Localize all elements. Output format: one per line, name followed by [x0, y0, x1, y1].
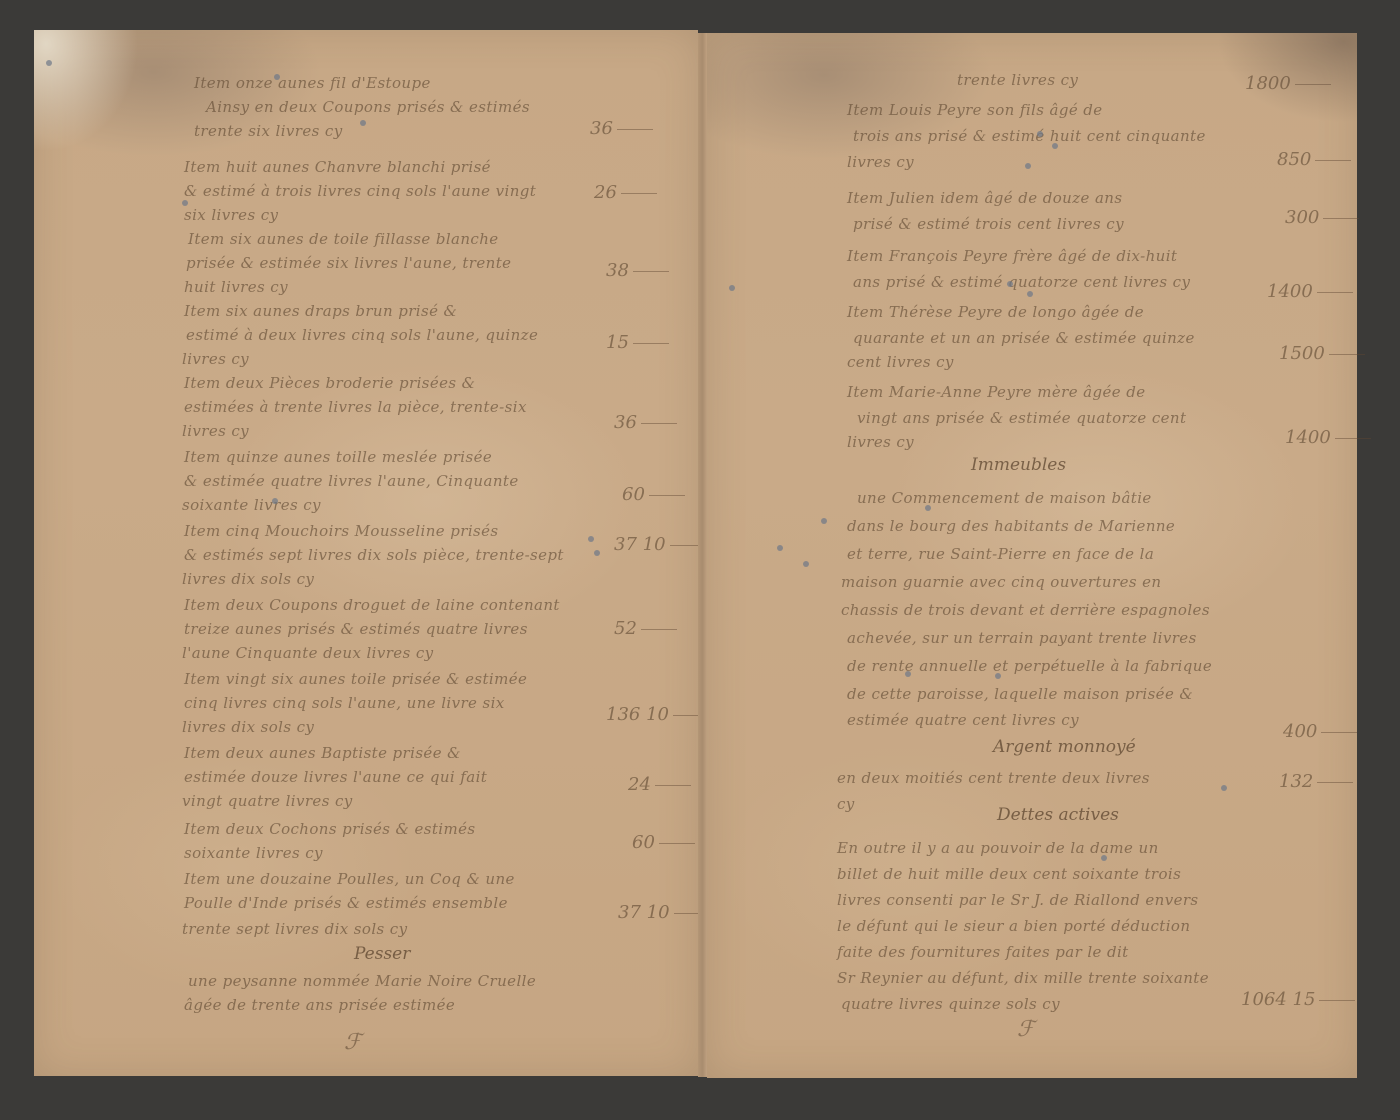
immeubles-line-9: estimée quatre cent livres cy	[847, 711, 1079, 729]
left-amount-12: 37 10	[618, 902, 710, 923]
right-line-11: cent livres cy	[847, 353, 954, 371]
left-line-1: Item onze aunes fil d'Estoupe	[194, 74, 431, 92]
left-line-7: Item six aunes de toile fillasse blanche	[188, 230, 499, 248]
left-amount-9: 136 10	[606, 704, 709, 725]
left-line-17: & estimée quatre livres l'aune, Cinquant…	[184, 472, 519, 490]
left-amount-2: 26	[594, 182, 657, 203]
dettes-line-4: le défunt qui le sieur a bien porté dédu…	[837, 917, 1190, 935]
left-line-31: Item deux Cochons prisés & estimés	[184, 820, 475, 838]
right-amount-1: 1800	[1245, 73, 1331, 94]
left-amount-10: 24	[628, 774, 691, 795]
dettes-line-1: En outre il y a au pouvoir de la dame un	[837, 839, 1159, 857]
right-amount-5: 1500	[1279, 343, 1365, 364]
left-line-14: estimées à trente livres la pièce, trent…	[184, 398, 527, 416]
left-amount-8: 52	[614, 618, 677, 639]
right-amount-3: 300	[1285, 207, 1359, 228]
ink-spot	[905, 671, 911, 677]
dettes-line-2: billet de huit mille deux cent soixante …	[837, 865, 1181, 883]
left-line-3: trente six livres cy	[194, 122, 343, 140]
left-amount-3: 38	[606, 260, 669, 281]
left-line-19: Item cinq Mouchoirs Mousseline prisés	[184, 522, 499, 540]
right-line-10: quarante et un an prisée & estimée quinz…	[853, 329, 1195, 347]
right-page: trente livres cy Item Louis Peyre son fi…	[707, 33, 1357, 1078]
left-line-15: livres cy	[182, 422, 249, 440]
ink-spot	[1007, 281, 1013, 287]
left-line-20: & estimés sept livres dix sols pièce, tr…	[184, 546, 564, 564]
left-section-heading: Pesser	[354, 944, 410, 964]
right-line-7: Item François Peyre frère âgé de dix-hui…	[847, 247, 1177, 265]
ink-spot	[995, 673, 1001, 679]
immeubles-line-5: chassis de trois devant et derrière espa…	[841, 601, 1210, 619]
left-line-6: six livres cy	[184, 206, 278, 224]
ink-spot	[1221, 785, 1227, 791]
right-line-14: livres cy	[847, 433, 914, 451]
right-amount-6: 1400	[1285, 427, 1371, 448]
left-line-35: trente sept livres dix sols cy	[182, 920, 407, 938]
dettes-amount: 1064 15	[1241, 989, 1355, 1010]
left-line-11: estimé à deux livres cinq sols l'aune, q…	[186, 326, 538, 344]
ink-spot	[182, 200, 188, 206]
ink-spot	[803, 561, 809, 567]
argent-line-2: cy	[837, 795, 855, 813]
left-amount-6: 60	[622, 484, 685, 505]
left-line-9: huit livres cy	[184, 278, 288, 296]
left-line-2: Ainsy en deux Coupons prisés & estimés	[206, 98, 530, 116]
right-line-4: livres cy	[847, 153, 914, 171]
book-spine-gutter	[698, 33, 707, 1077]
ink-spot	[1025, 163, 1031, 169]
left-line-29: estimée douze livres l'aune ce qui fait	[184, 768, 487, 786]
left-line-21: livres dix sols cy	[182, 570, 314, 588]
ink-spot	[1027, 291, 1033, 297]
left-line-5: & estimé à trois livres cinq sols l'aune…	[184, 182, 536, 200]
left-line-8: prisée & estimée six livres l'aune, tren…	[186, 254, 511, 272]
right-line-8: ans prisé & estimé quatorze cent livres …	[853, 273, 1190, 291]
right-line-2: Item Louis Peyre son fils âgé de	[847, 101, 1103, 119]
left-line-34: Poulle d'Inde prisés & estimés ensemble	[184, 894, 508, 912]
left-line-18: soixante livres cy	[182, 496, 321, 514]
dettes-line-7: quatre livres quinze sols cy	[841, 995, 1060, 1013]
immeubles-line-1: une Commencement de maison bâtie	[857, 489, 1152, 507]
immeubles-line-4: maison guarnie avec cinq ouvertures en	[841, 573, 1161, 591]
dettes-line-6: Sr Reynier au défunt, dix mille trente s…	[837, 969, 1209, 987]
right-line-6: prisé & estimé trois cent livres cy	[853, 215, 1124, 233]
dettes-line-3: livres consenti par le Sr J. de Riallond…	[837, 891, 1199, 909]
immeubles-line-6: achevée, sur un terrain payant trente li…	[847, 629, 1197, 647]
left-closing-line-1: une peysanne nommée Marie Noire Cruelle	[188, 972, 536, 990]
heading-argent-monnoye: Argent monnoyé	[993, 737, 1136, 757]
heading-immeubles: Immeubles	[971, 455, 1066, 475]
argent-line-1: en deux moitiés cent trente deux livres	[837, 769, 1150, 787]
left-line-22: Item deux Coupons droguet de laine conte…	[184, 596, 560, 614]
left-line-32: soixante livres cy	[184, 844, 323, 862]
right-line-13: vingt ans prisée & estimée quatorze cent	[857, 409, 1186, 427]
right-line-9: Item Thérèse Peyre de longo âgée de	[847, 303, 1144, 321]
ink-spot	[925, 505, 931, 511]
ink-spot	[729, 285, 735, 291]
right-line-3: trois ans prisé & estimé huit cent cinqu…	[853, 127, 1206, 145]
immeubles-line-2: dans le bourg des habitants de Marienne	[847, 517, 1175, 535]
left-line-10: Item six aunes draps brun prisé &	[184, 302, 457, 320]
ink-spot	[594, 550, 600, 556]
ink-spot	[1101, 855, 1107, 861]
ink-spot	[46, 60, 52, 66]
left-line-12: livres cy	[182, 350, 249, 368]
left-line-23: treize aunes prisés & estimés quatre liv…	[184, 620, 528, 638]
left-line-16: Item quinze aunes toille meslée prisée	[184, 448, 492, 466]
ink-spot	[588, 536, 594, 542]
left-amount-5: 36	[614, 412, 677, 433]
left-line-27: livres dix sols cy	[182, 718, 314, 736]
left-line-28: Item deux aunes Baptiste prisée &	[184, 744, 461, 762]
left-amount-1: 36	[590, 118, 653, 139]
ink-spot	[360, 120, 366, 126]
ink-spot	[821, 518, 827, 524]
immeubles-amount: 400	[1283, 721, 1357, 742]
left-amount-11: 60	[632, 832, 695, 853]
left-page: Item onze aunes fil d'Estoupe Ainsy en d…	[34, 30, 698, 1076]
dettes-line-5: faite des fournitures faites par le dit	[837, 943, 1129, 961]
left-line-13: Item deux Pièces broderie prisées &	[184, 374, 475, 392]
left-amount-7: 37 10	[614, 534, 706, 555]
paraph-signature-icon: ℱ	[344, 1030, 361, 1055]
left-line-30: vingt quatre livres cy	[182, 792, 353, 810]
ink-spot	[1052, 143, 1058, 149]
right-amount-2: 850	[1277, 149, 1351, 170]
left-line-33: Item une douzaine Poulles, un Coq & une	[184, 870, 515, 888]
ink-spot	[272, 498, 278, 504]
left-amount-4: 15	[606, 332, 669, 353]
immeubles-line-7: de rente annuelle et perpétuelle à la fa…	[847, 657, 1212, 675]
right-line-1: trente livres cy	[957, 71, 1078, 89]
argent-amount: 132	[1279, 771, 1353, 792]
left-line-25: Item vingt six aunes toile prisée & esti…	[184, 670, 527, 688]
left-closing-line-2: âgée de trente ans prisée estimée	[184, 996, 455, 1014]
left-line-24: l'aune Cinquante deux livres cy	[182, 644, 434, 662]
immeubles-line-3: et terre, rue Saint-Pierre en face de la	[847, 545, 1154, 563]
ink-spot	[274, 74, 280, 80]
ink-spot	[1037, 131, 1043, 137]
left-line-26: cinq livres cinq sols l'aune, une livre …	[184, 694, 505, 712]
right-line-12: Item Marie-Anne Peyre mère âgée de	[847, 383, 1145, 401]
ink-spot	[777, 545, 783, 551]
heading-dettes-actives: Dettes actives	[997, 805, 1119, 825]
right-amount-4: 1400	[1267, 281, 1353, 302]
left-line-4: Item huit aunes Chanvre blanchi prisé	[184, 158, 491, 176]
right-line-5: Item Julien idem âgé de douze ans	[847, 189, 1122, 207]
paraph-signature-icon: ℱ	[1017, 1017, 1034, 1042]
immeubles-line-8: de cette paroisse, laquelle maison prisé…	[847, 685, 1193, 703]
